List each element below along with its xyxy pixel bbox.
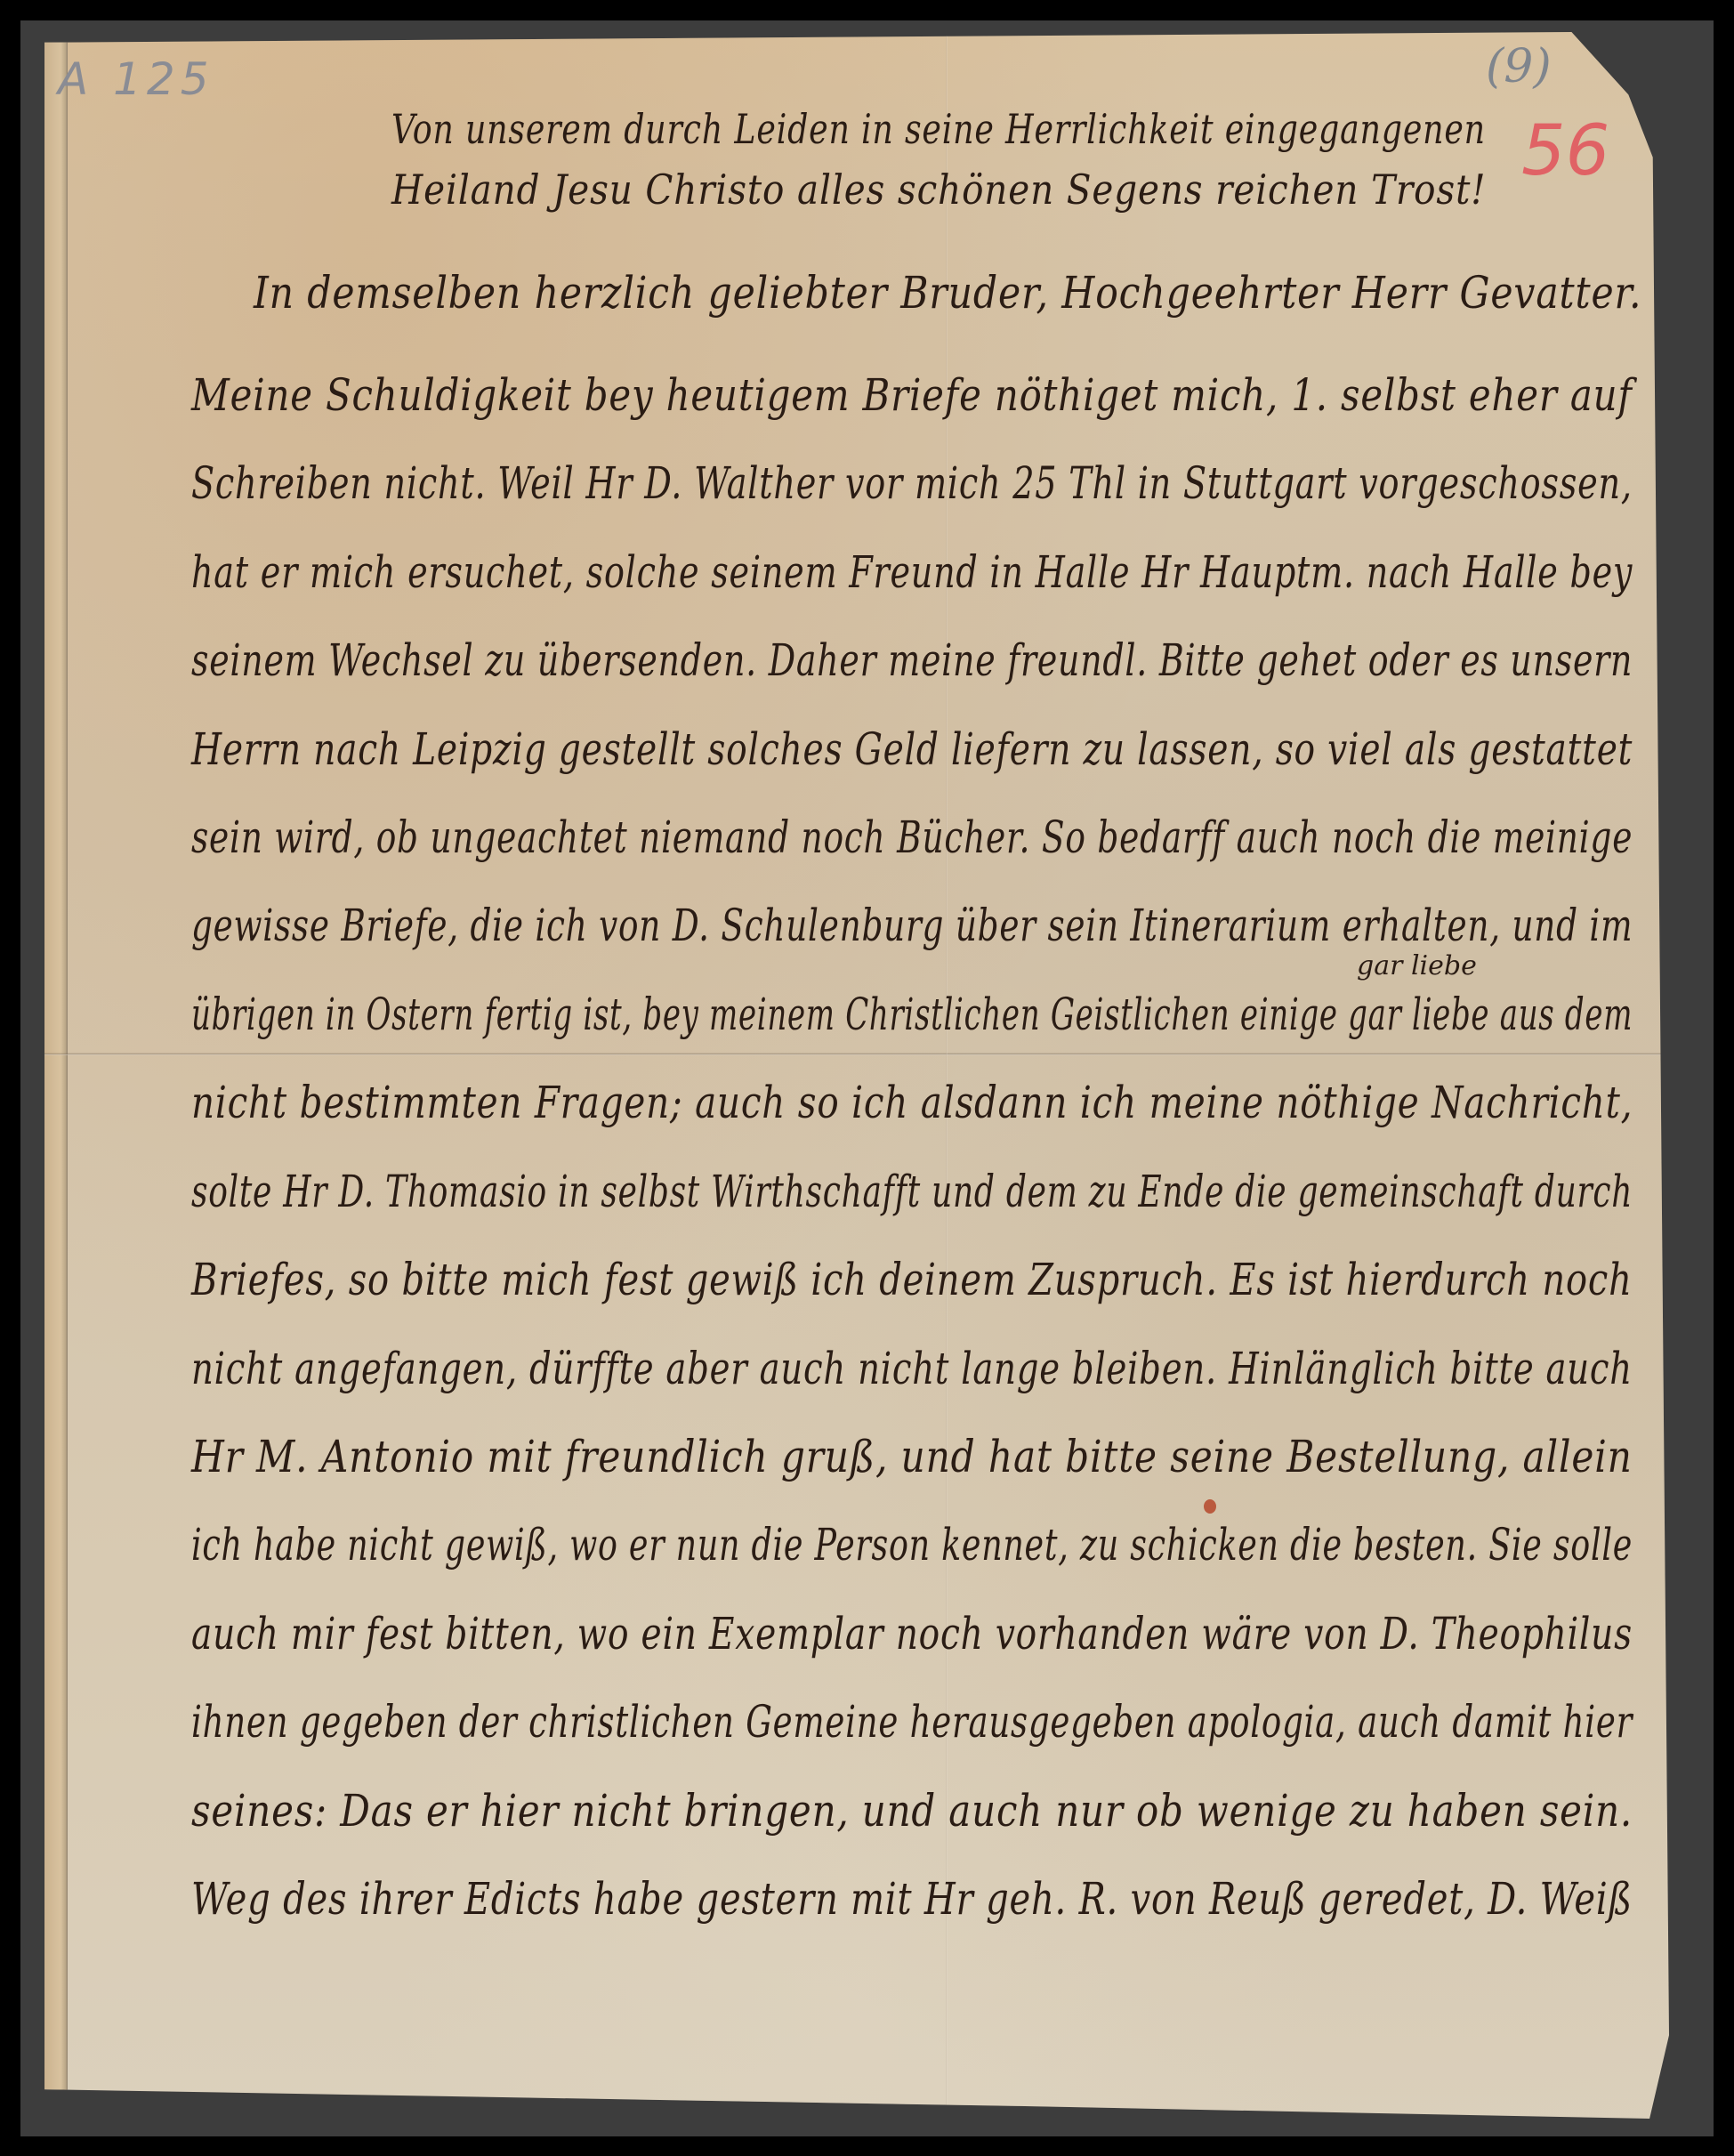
body-line: nicht bestimmten Fragen; auch so ich als… [191, 1077, 1633, 1128]
horizontal-fold-line [44, 1053, 1669, 1055]
opening-line-2: Heiland Jesu Christo alles schönen Segen… [391, 166, 1354, 214]
body-line: Weg des ihrer Edicts habe gestern mit Hr… [191, 1873, 1633, 1925]
archive-signature: A 125 [58, 53, 214, 105]
body-line: seinem Wechsel zu übersenden. Daher mein… [191, 634, 1633, 686]
body-line: nicht angefangen, dürffte aber auch nich… [191, 1343, 1633, 1394]
body-line: Herrn nach Leipzig gestellt solches Geld… [191, 723, 1633, 775]
body-line: auch mir fest bitten, wo ein Exemplar no… [191, 1608, 1633, 1659]
body-line: hat er mich ersuchet, solche seinem Freu… [191, 546, 1633, 598]
body-line: Meine Schuldigkeit bey heutigem Briefe n… [191, 369, 1633, 421]
red-wax-stain [1204, 1499, 1216, 1514]
body-line: ihnen gegeben der christlichen Gemeine h… [191, 1696, 1633, 1748]
body-line: solte Hr D. Thomasio in selbst Wirthscha… [191, 1166, 1633, 1217]
body-line: sein wird, ob ungeachtet niemand noch Bü… [191, 812, 1633, 863]
salutation: In demselben herzlich geliebter Bruder, … [254, 267, 1641, 319]
body-line: übrigen in Ostern fertig ist, bey meinem… [191, 989, 1633, 1040]
interlinear-insertion: gar liebe [1357, 950, 1477, 981]
body-line: ich habe nicht gewiß, wo er nun die Pers… [191, 1519, 1633, 1571]
binding-edge [44, 32, 68, 2119]
body-line: Hr M. Antonio mit freundlich gruß, und h… [191, 1431, 1633, 1482]
pencil-folio-number: (9) [1486, 40, 1552, 93]
body-line: seines: Das er hier nicht bringen, und a… [191, 1785, 1633, 1837]
body-line: gewisse Briefe, die ich von D. Schulenbu… [191, 900, 1633, 951]
opening-line-1: Von unserem durch Leiden in seine Herrli… [391, 105, 1256, 153]
body-line: Briefes, so bitte mich fest gewiß ich de… [191, 1254, 1633, 1305]
red-folio-number: 56 [1521, 111, 1609, 191]
body-line: Schreiben nicht. Weil Hr D. Walther vor … [191, 457, 1633, 509]
